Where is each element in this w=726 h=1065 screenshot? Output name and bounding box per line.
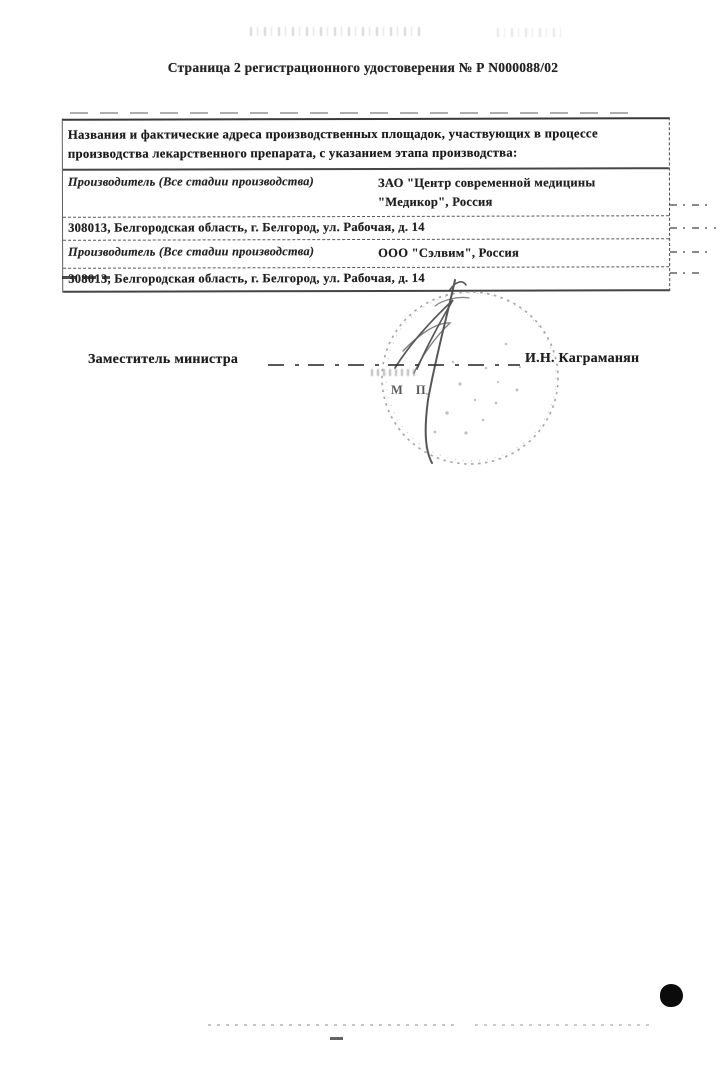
stamp-place-label: М П xyxy=(391,383,431,398)
page-title: Страница 2 регистрационного удостоверени… xyxy=(0,60,726,76)
table-row: Производитель (Все стадии производства) … xyxy=(63,169,669,217)
row-line-extension xyxy=(670,227,716,229)
table-corner-dash xyxy=(62,276,110,279)
row-line-extension xyxy=(670,251,712,253)
manufacturer-name: ООО "Сэлвим", Россия xyxy=(376,239,669,267)
manufacturer-role-label: Производитель (Все стадии производства) xyxy=(63,240,376,268)
row-line-extension xyxy=(670,272,702,274)
manufacturer-role-label: Производитель (Все стадии производства) xyxy=(63,170,376,217)
bottom-faded-microtext-line xyxy=(208,1024,458,1026)
bottom-small-dash xyxy=(330,1037,343,1040)
faded-scan-artifact-top-right xyxy=(497,28,563,37)
table-header: Названия и фактические адреса производст… xyxy=(63,119,669,171)
stamp-texture-dots xyxy=(426,343,521,435)
manufacturer-address: 308013, Белгородская область, г. Белгоро… xyxy=(63,216,669,241)
table-top-ghost-line xyxy=(70,112,630,114)
faded-scan-artifact-top-left xyxy=(250,27,422,36)
signatory-title: Заместитель министра xyxy=(88,352,238,368)
table-row: Производитель (Все стадии производства) … xyxy=(63,239,669,268)
bottom-faded-microtext-line xyxy=(475,1024,655,1026)
manufacturers-table: Названия и фактические адреса производст… xyxy=(62,117,670,292)
stamp-inner-circle xyxy=(375,282,567,472)
row-line-extension xyxy=(670,204,714,206)
stamp-outer-circle xyxy=(382,292,558,464)
stamp-noise-marks xyxy=(371,369,419,376)
manufacturer-name: ЗАО "Центр современной медицины "Медикор… xyxy=(376,169,669,216)
signatory-name: И.Н. Каграманян xyxy=(525,351,639,367)
signature-dashed-line xyxy=(268,364,520,366)
hole-punch-dot xyxy=(660,984,683,1007)
